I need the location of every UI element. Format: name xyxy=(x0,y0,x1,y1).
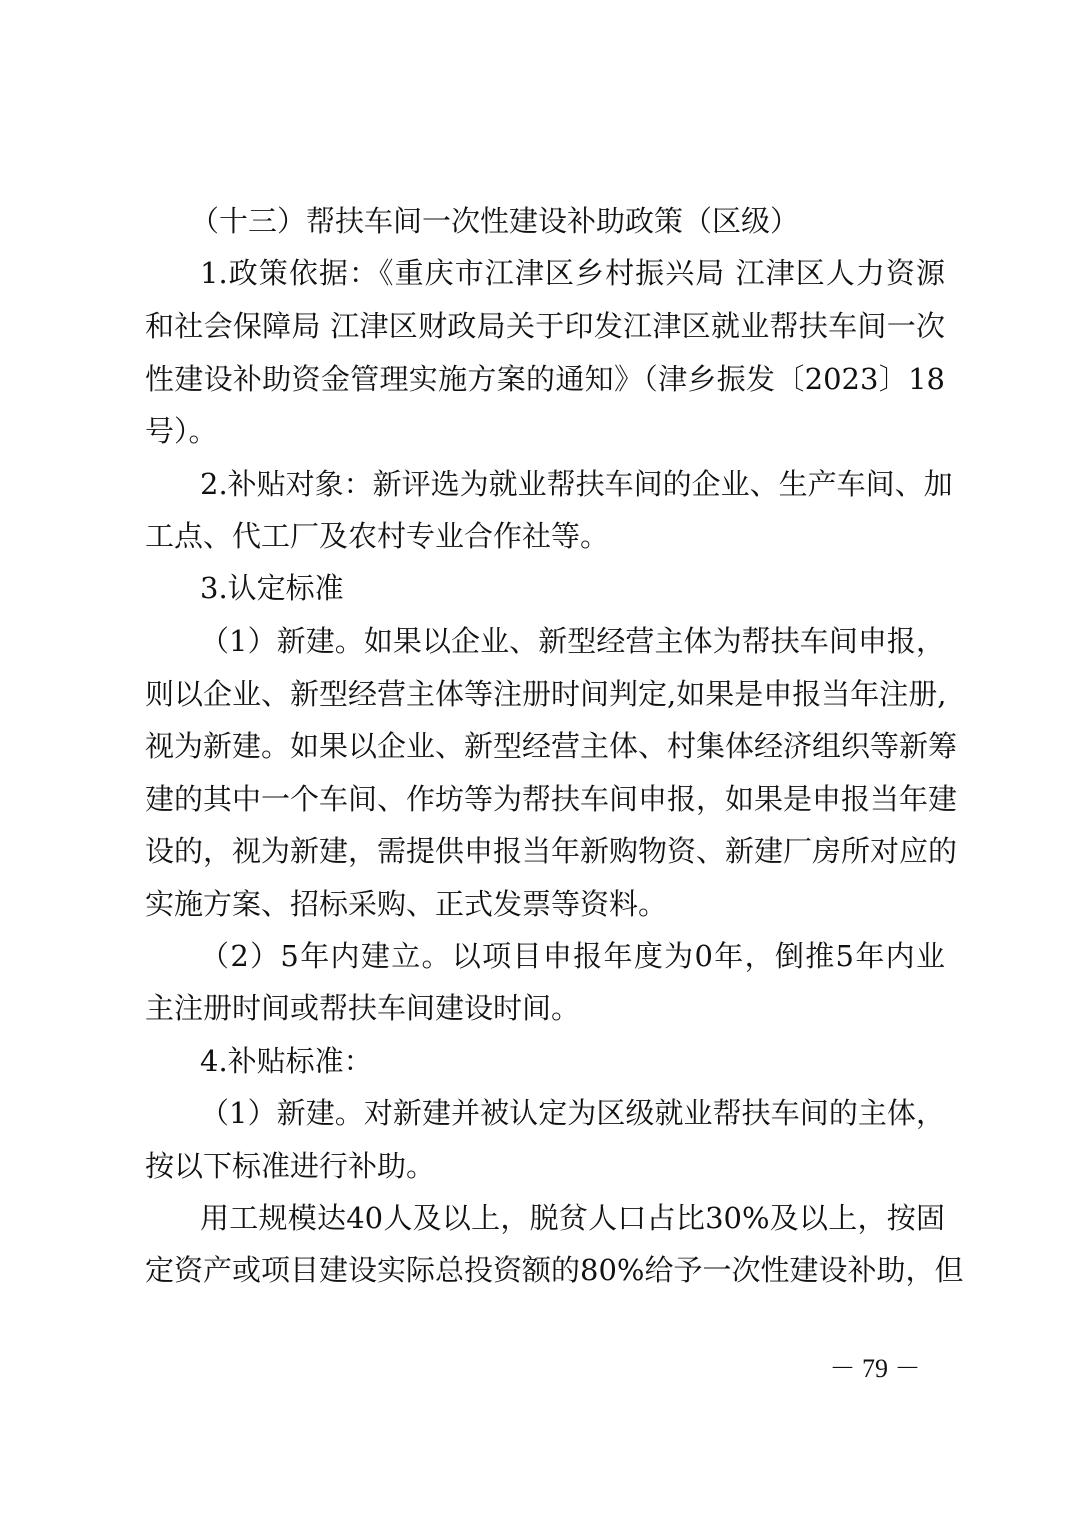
paragraph-line: 2.补贴对象：新评选为就业帮扶车间的企业、生产车间、加 xyxy=(200,466,945,502)
paragraph-line: 设的，视为新建，需提供申报当年新购物资、新建厂房所对应的 xyxy=(145,833,945,869)
paragraph-line: 工点、代工厂及农村专业合作社等。 xyxy=(145,518,945,554)
paragraph-line: （1）新建。对新建并被认定为区级就业帮扶车间的主体， xyxy=(200,1095,945,1131)
paragraph-line: （1）新建。如果以企业、新型经营主体为帮扶车间申报， xyxy=(200,623,945,659)
paragraph-line: 号）。 xyxy=(145,413,945,449)
document-page: （十三）帮扶车间一次性建设补助政策（区级） 1.政策依据：《重庆市江津区乡村振兴… xyxy=(0,0,1074,1520)
paragraph-line: 建的其中一个车间、作坊等为帮扶车间申报，如果是申报当年建 xyxy=(145,781,945,817)
subheading: 4.补贴标准： xyxy=(200,1043,945,1079)
paragraph-line: 视为新建。如果以企业、新型经营主体、村集体经济组织等新筹 xyxy=(145,728,945,764)
paragraph-line: 实施方案、招标采购、正式发票等资料。 xyxy=(145,886,945,922)
paragraph-line: 按以下标准进行补助。 xyxy=(145,1148,945,1184)
paragraph-line: 和社会保障局 江津区财政局关于印发江津区就业帮扶车间一次 xyxy=(145,308,945,344)
paragraph-line: 则以企业、新型经营主体等注册时间判定,如果是申报当年注册, xyxy=(145,676,945,712)
paragraph-line: 性建设补助资金管理实施方案的通知》（津乡振发〔2023〕18 xyxy=(145,361,945,397)
paragraph-line: 定资产或项目建设实际总投资额的80%给予一次性建设补助，但 xyxy=(145,1252,945,1288)
paragraph-line: 用工规模达40人及以上，脱贫人口占比30%及以上，按固 xyxy=(200,1200,945,1236)
paragraph-line: 主注册时间或帮扶车间建设时间。 xyxy=(145,990,945,1026)
section-title: （十三）帮扶车间一次性建设补助政策（区级） xyxy=(190,203,935,239)
paragraph-line: （2）5年内建立。以项目申报年度为0年，倒推5年内业 xyxy=(200,938,945,974)
page-number: － 79 － xyxy=(820,1348,930,1385)
paragraph-line: 1.政策依据：《重庆市江津区乡村振兴局 江津区人力资源 xyxy=(200,255,945,291)
subheading: 3.认定标准 xyxy=(200,570,945,606)
